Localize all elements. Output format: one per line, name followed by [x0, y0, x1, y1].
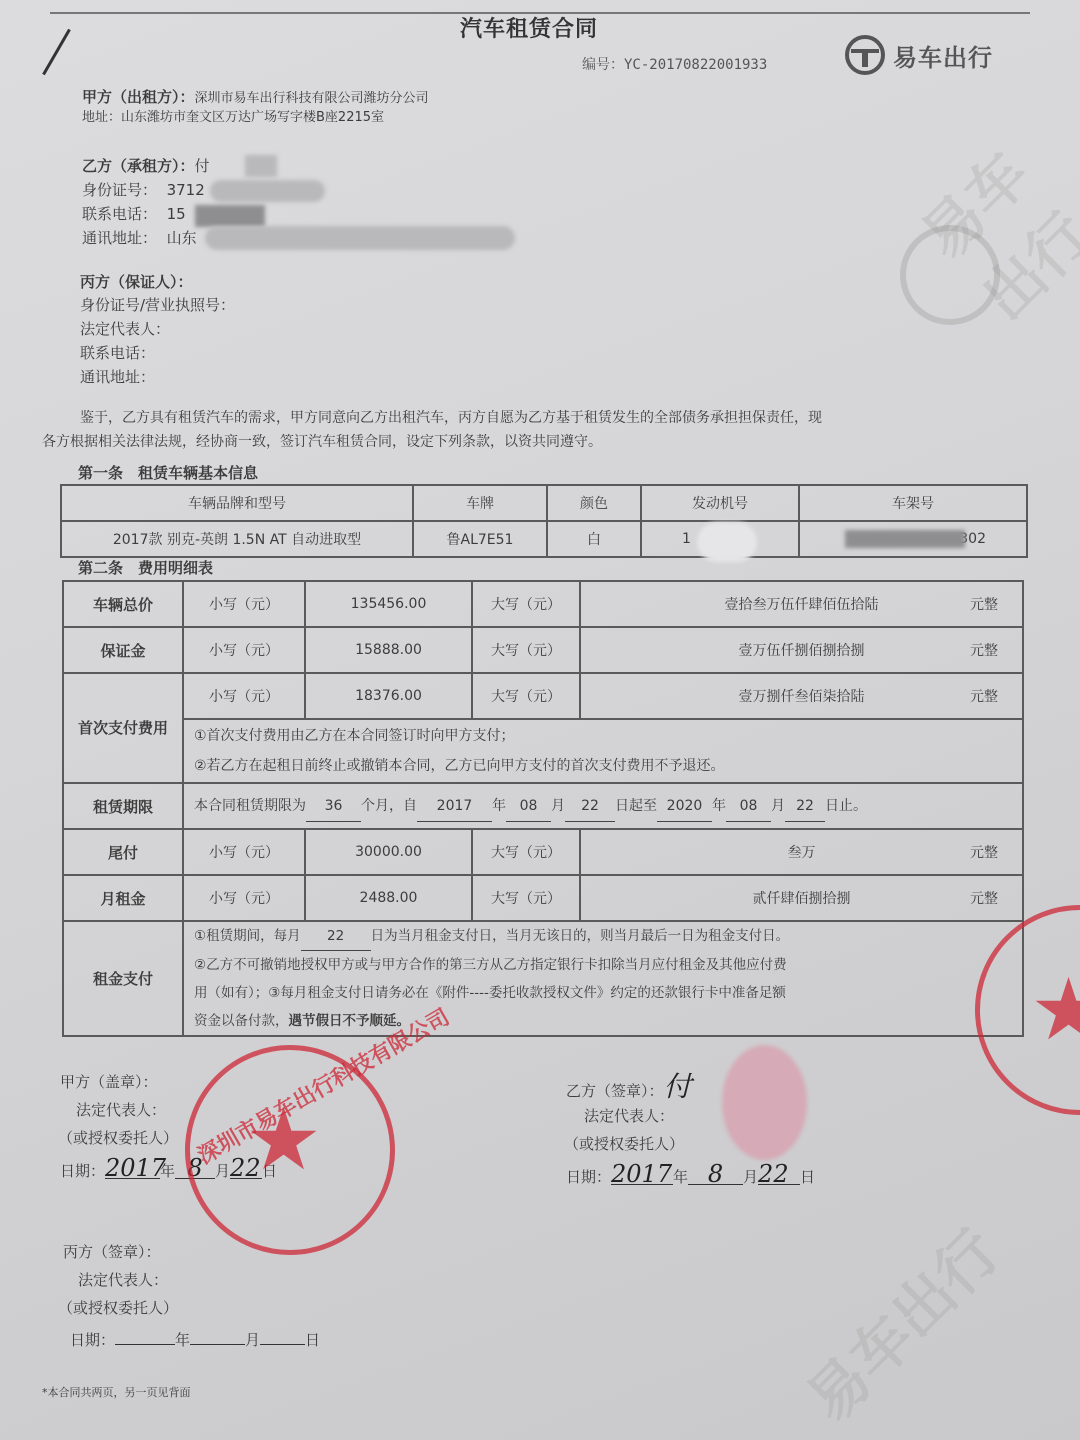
rent-term-4: 资金以备付款，遇节假日不予顺延。	[194, 1007, 1022, 1035]
big-label: 大写（元）	[472, 673, 580, 719]
party-a-year: 2017	[105, 1158, 160, 1179]
amount-value: 18376.00	[305, 673, 472, 719]
start-day: 22	[565, 791, 615, 822]
redaction	[205, 226, 515, 250]
rent-payment-terms: ①租赁期间，每月22日为当月租金支付日，当月无该日的，则当月最后一日为租金支付日…	[183, 921, 1023, 1036]
party-b-id-value: 3712	[167, 181, 205, 199]
party-c-phone-label: 联系电话：	[80, 343, 155, 363]
party-c-address-label: 通讯地址：	[80, 367, 155, 387]
redaction	[210, 180, 325, 202]
table-row: ①首次支付费用由乙方在本合同签订时向甲方支付； ②若乙方在起租日前终止或撤销本合…	[63, 719, 1023, 783]
redaction	[245, 155, 277, 177]
party-b-address-label: 通讯地址：	[82, 229, 157, 247]
party-a-name: 深圳市易车出行科技有限公司潍坊分公司	[195, 91, 429, 106]
table-row: 租赁期限 本合同租赁期限为36个月，自2017年08月22日起至2020年08月…	[63, 783, 1023, 829]
table-row: 月租金 小写（元） 2488.00 大写（元） 贰仟肆佰捌拾捌元整	[63, 875, 1023, 921]
party-b-date: 日期：2017年8月22日	[566, 1164, 815, 1187]
amount-value: 15888.00	[305, 627, 472, 673]
vehicle-info-table: 车辆品牌和型号 车牌 颜色 发动机号 车架号 2017款 别克-英朗 1.5N …	[60, 484, 1028, 558]
header-color: 颜色	[547, 485, 641, 521]
first-payment-notes: ①首次支付费用由乙方在本合同签订时向甲方支付； ②若乙方在起租日前终止或撤销本合…	[183, 719, 1023, 783]
brand-name: 易车出行	[893, 38, 993, 73]
lease-months: 36	[306, 791, 361, 822]
party-c-rep-label: 法定代表人：	[78, 1270, 168, 1290]
label-deposit: 保证金	[63, 627, 183, 673]
small-label: 小写（元）	[183, 581, 305, 627]
party-b-phone: 联系电话： 15	[82, 204, 186, 224]
party-c-sign-label: 丙方（签章）：	[63, 1242, 161, 1262]
header-model: 车辆品牌和型号	[61, 485, 413, 521]
amount-cn: 壹万捌仟叁佰柒拾陆元整	[580, 673, 1023, 719]
redaction	[845, 530, 965, 548]
table-row: 租金支付 ①租赁期间，每月22日为当月租金支付日，当月无该日的，则当月最后一日为…	[63, 921, 1023, 1036]
redaction	[697, 522, 757, 562]
party-b-id-label: 身份证号：	[82, 181, 157, 199]
amount-cn: 贰仟肆佰捌拾捌元整	[580, 875, 1023, 921]
party-b-signature: 付	[664, 1070, 692, 1103]
rent-term-2: ②乙方不可撤销地授权甲方或与甲方合作的第三方从乙方指定银行卡扣除当月应付租金及其…	[194, 951, 1022, 979]
small-label: 小写（元）	[183, 673, 305, 719]
redaction	[195, 205, 265, 227]
label-final-payment: 尾付	[63, 829, 183, 875]
party-a-seal-label: 甲方（盖章）：	[60, 1072, 158, 1092]
rent-term-3: 用（如有）；③每月租金支付日请务必在《附件----委托收款授权文件》约定的还款银…	[194, 979, 1022, 1007]
fingerprint-redacted	[722, 1045, 807, 1160]
party-c-agent-label: （或授权委托人）	[58, 1298, 178, 1318]
party-a-address-value: 山东潍坊市奎文区万达广场写字楼B座2215室	[121, 110, 384, 125]
cell-vin: 302	[799, 521, 1027, 557]
lease-term-text: 本合同租赁期限为36个月，自2017年08月22日起至2020年08月22日止。	[183, 783, 1023, 829]
party-b-address-value: 山东	[167, 229, 197, 247]
party-c-month-blank	[190, 1344, 245, 1345]
party-a-line: 甲方（出租方）：深圳市易车出行科技有限公司潍坊分公司	[82, 87, 429, 109]
amount-value: 30000.00	[305, 829, 472, 875]
steering-wheel-icon	[845, 35, 885, 75]
end-year: 2020	[657, 791, 712, 822]
small-label: 小写（元）	[183, 829, 305, 875]
party-b-id: 身份证号： 3712	[82, 180, 205, 200]
party-b-day: 22	[758, 1164, 800, 1185]
amount-cn: 壹万伍仟捌佰捌拾捌元整	[580, 627, 1023, 673]
preamble-line-1: 鉴于，乙方具有租赁汽车的需求，甲方同意向乙方出租汽车，丙方自愿为乙方基于租赁发生…	[80, 408, 822, 428]
big-label: 大写（元）	[472, 627, 580, 673]
label-lease-term: 租赁期限	[63, 783, 183, 829]
party-b-month: 8	[688, 1164, 743, 1185]
big-label: 大写（元）	[472, 581, 580, 627]
party-a-rep-label: 法定代表人：	[76, 1100, 166, 1120]
table-row: 车辆总价 小写（元） 135456.00 大写（元） 壹拾叁万伍仟肆佰伍拾陆元整	[63, 581, 1023, 627]
label-monthly-rent: 月租金	[63, 875, 183, 921]
party-c-date: 日期：年月日	[70, 1330, 320, 1350]
rent-day: 22	[301, 922, 371, 951]
party-c-year-blank	[115, 1344, 175, 1345]
document-title: 汽车租赁合同	[460, 12, 598, 43]
party-b-year: 2017	[611, 1164, 673, 1185]
party-c-id-label: 身份证号/营业执照号：	[80, 295, 235, 315]
amount-cn: 叁万元整	[580, 829, 1023, 875]
table-row: 2017款 别克-英朗 1.5N AT 自动进取型 鲁AL7E51 白 1 30…	[61, 521, 1027, 557]
label-total-price: 车辆总价	[63, 581, 183, 627]
cell-engine-no: 1	[641, 521, 799, 557]
party-b-line: 乙方（承租方）：付	[82, 156, 210, 176]
party-b-sign-line: 乙方（签章）：付	[566, 1077, 692, 1101]
contract-no-value: YC-20170822001933	[624, 57, 767, 73]
cell-color: 白	[547, 521, 641, 557]
party-a-agent-label: （或授权委托人）	[58, 1128, 178, 1148]
party-c-day-blank	[260, 1344, 305, 1345]
party-c-label: 丙方（保证人）：	[80, 272, 193, 292]
big-label: 大写（元）	[472, 829, 580, 875]
amount-value: 2488.00	[305, 875, 472, 921]
cell-plate: 鲁AL7E51	[413, 521, 547, 557]
end-month: 08	[726, 791, 771, 822]
party-b-sign-label: 乙方（签章）：	[566, 1082, 664, 1100]
amount-cn: 壹拾叁万伍仟肆佰伍拾陆元整	[580, 581, 1023, 627]
table-row: 首次支付费用 小写（元） 18376.00 大写（元） 壹万捌仟叁佰柒拾陆元整	[63, 673, 1023, 719]
first-payment-note-2: ②若乙方在起租日前终止或撤销本合同，乙方已向甲方支付的首次支付费用不予退还。	[194, 751, 1022, 781]
start-year: 2017	[417, 791, 492, 822]
table-header-row: 车辆品牌和型号 车牌 颜色 发动机号 车架号	[61, 485, 1027, 521]
party-a-label: 甲方（出租方）：	[82, 88, 195, 106]
party-b-name: 付	[195, 157, 210, 175]
section-2-title: 第二条 费用明细表	[78, 558, 213, 578]
section-1-title: 第一条 租赁车辆基本信息	[78, 463, 258, 483]
party-b-label: 乙方（承租方）：	[82, 157, 195, 175]
party-a-address-label: 地址：	[82, 110, 121, 125]
table-row: 保证金 小写（元） 15888.00 大写（元） 壹万伍仟捌佰捌拾捌元整	[63, 627, 1023, 673]
expense-table: 车辆总价 小写（元） 135456.00 大写（元） 壹拾叁万伍仟肆佰伍拾陆元整…	[62, 580, 1024, 1037]
seal-star-icon: ★	[1030, 960, 1080, 1060]
contract-no-label: 编号：	[582, 57, 624, 73]
pen-mark	[42, 29, 71, 76]
company-seal: ★ 深圳市易车出行科技有限公司	[185, 1045, 395, 1255]
big-label: 大写（元）	[472, 875, 580, 921]
table-row: 尾付 小写（元） 30000.00 大写（元） 叁万元整	[63, 829, 1023, 875]
small-label: 小写（元）	[183, 627, 305, 673]
end-day: 22	[785, 791, 825, 822]
preamble-line-2: 各方根据相关法律法规，经协商一致，签订汽车租赁合同，设定下列条款，以资共同遵守。	[42, 432, 602, 452]
amount-value: 135456.00	[305, 581, 472, 627]
party-b-rep-label: 法定代表人：	[584, 1106, 674, 1126]
rent-term-1: ①租赁期间，每月22日为当月租金支付日，当月无该日的，则当月最后一日为租金支付日…	[194, 922, 1022, 951]
header-engine-no: 发动机号	[641, 485, 799, 521]
first-payment-note-1: ①首次支付费用由乙方在本合同签订时向甲方支付；	[194, 721, 1022, 751]
party-b-agent-label: （或授权委托人）	[564, 1134, 684, 1154]
party-b-phone-value: 15	[167, 205, 186, 223]
party-c-rep-label: 法定代表人：	[80, 319, 170, 339]
header-vin: 车架号	[799, 485, 1027, 521]
start-month: 08	[506, 791, 551, 822]
brand-logo: 易车出行	[845, 35, 993, 75]
label-first-payment: 首次支付费用	[63, 673, 183, 783]
watermark-wheel-icon	[900, 225, 1000, 325]
footer-note: *本合同共两页，另一页见背面	[42, 1383, 191, 1403]
small-label: 小写（元）	[183, 875, 305, 921]
label-rent-payment: 租金支付	[63, 921, 183, 1036]
header-plate: 车牌	[413, 485, 547, 521]
watermark: 易车出行	[785, 1208, 1016, 1439]
contract-number: 编号：YC-20170822001933	[582, 54, 767, 74]
party-b-phone-label: 联系电话：	[82, 205, 157, 223]
party-a-address: 地址：山东潍坊市奎文区万达广场写字楼B座2215室	[82, 108, 384, 128]
party-b-address: 通讯地址： 山东	[82, 228, 197, 248]
cell-model: 2017款 别克-英朗 1.5N AT 自动进取型	[61, 521, 413, 557]
